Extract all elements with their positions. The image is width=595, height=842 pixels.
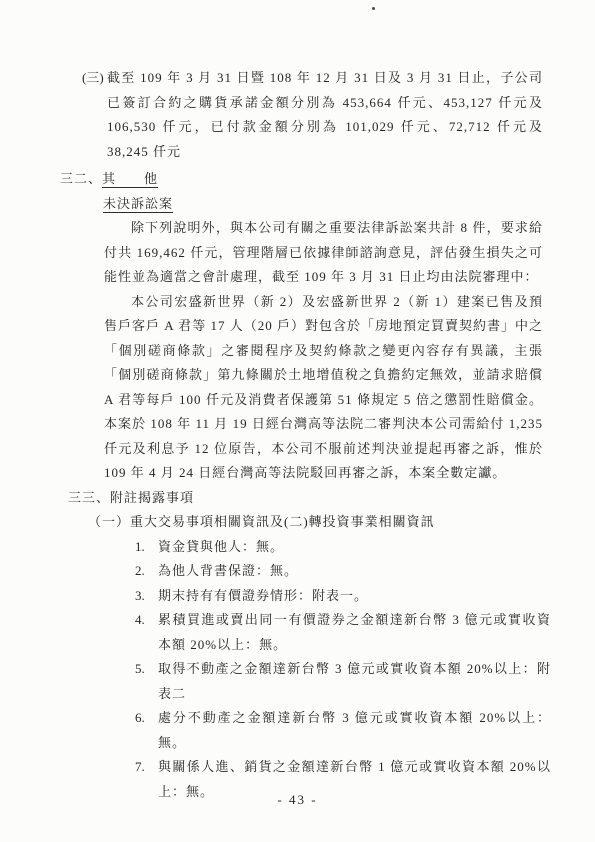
note-item-number: 1. bbox=[135, 535, 158, 560]
note-item-number: 5. bbox=[135, 657, 158, 706]
lawsuit-case-paragraph: 本公司宏盛新世界（新 2）及宏盛新世界 2（新 1）建案已售及預售戶客戶 A 君… bbox=[104, 290, 543, 486]
note-item-text: 期末持有有價證券情形：附表一。 bbox=[158, 584, 551, 609]
note-item-4: 4. 累積買進或賣出同一有價證券之金額達新台幣 3 億元或實收資本額 20%以上… bbox=[135, 608, 551, 657]
note-item-text: 累積買進或賣出同一有價證券之金額達新台幣 3 億元或實收資本額 20%以上：無。 bbox=[158, 608, 551, 657]
note-item-text: 資金貸與他人：無。 bbox=[158, 535, 551, 560]
page-content: (三) 截至 109 年 3 月 31 日暨 108 年 12 月 31 日及 … bbox=[0, 66, 595, 804]
para-purchase-commitment: (三) 截至 109 年 3 月 31 日暨 108 年 12 月 31 日及 … bbox=[82, 66, 543, 164]
note-item-number: 2. bbox=[135, 559, 158, 584]
note-item-number: 6. bbox=[135, 706, 158, 755]
notes-subheading: （一）重大交易事項相關資訊及(二)轉投資事業相關資訊 bbox=[88, 510, 545, 535]
document-page: (三) 截至 109 年 3 月 31 日暨 108 年 12 月 31 日及 … bbox=[0, 0, 595, 842]
para-item-label: (三) bbox=[82, 66, 107, 164]
note-item-2: 2. 為他人背書保證：無。 bbox=[135, 559, 551, 584]
page-number: - 43 - bbox=[0, 792, 595, 808]
note-item-1: 1. 資金貸與他人：無。 bbox=[135, 535, 551, 560]
pending-lawsuit-heading: 未決訴訟案 bbox=[103, 192, 595, 217]
pending-lawsuit-heading-text: 未決訴訟案 bbox=[103, 196, 173, 213]
note-item-text: 為他人背書保證：無。 bbox=[158, 559, 551, 584]
note-item-number: 3. bbox=[135, 584, 158, 609]
section-notes-heading: 三三、附註揭露事項 bbox=[68, 486, 595, 511]
note-item-number: 4. bbox=[135, 608, 158, 657]
section-notes-number: 三三、 bbox=[68, 490, 110, 505]
note-item-5: 5. 取得不動產之金額達新台幣 3 億元或實收資本額 20%以上：附表二 bbox=[135, 657, 551, 706]
section-other-heading: 三二、其 他 bbox=[60, 167, 595, 192]
note-item-6: 6. 處分不動產之金額達新台幣 3 億元或實收資本額 20%以上：無。 bbox=[135, 706, 551, 755]
note-item-text: 處分不動產之金額達新台幣 3 億元或實收資本額 20%以上：無。 bbox=[158, 706, 551, 755]
para-item-text: 截至 109 年 3 月 31 日暨 108 年 12 月 31 日及 3 月 … bbox=[107, 66, 543, 164]
note-item-3: 3. 期末持有有價證券情形：附表一。 bbox=[135, 584, 551, 609]
section-notes-title: 附註揭露事項 bbox=[110, 490, 194, 505]
lawsuit-intro-paragraph: 除下列說明外，與本公司有關之重要法律訴訟案共計 8 件，要求給付共 169,46… bbox=[104, 216, 543, 290]
note-item-text: 取得不動產之金額達新台幣 3 億元或實收資本額 20%以上：附表二 bbox=[158, 657, 551, 706]
section-other-title: 其 他 bbox=[102, 171, 158, 188]
scan-speck-dot bbox=[372, 7, 375, 10]
section-other-number: 三二、 bbox=[60, 171, 102, 186]
